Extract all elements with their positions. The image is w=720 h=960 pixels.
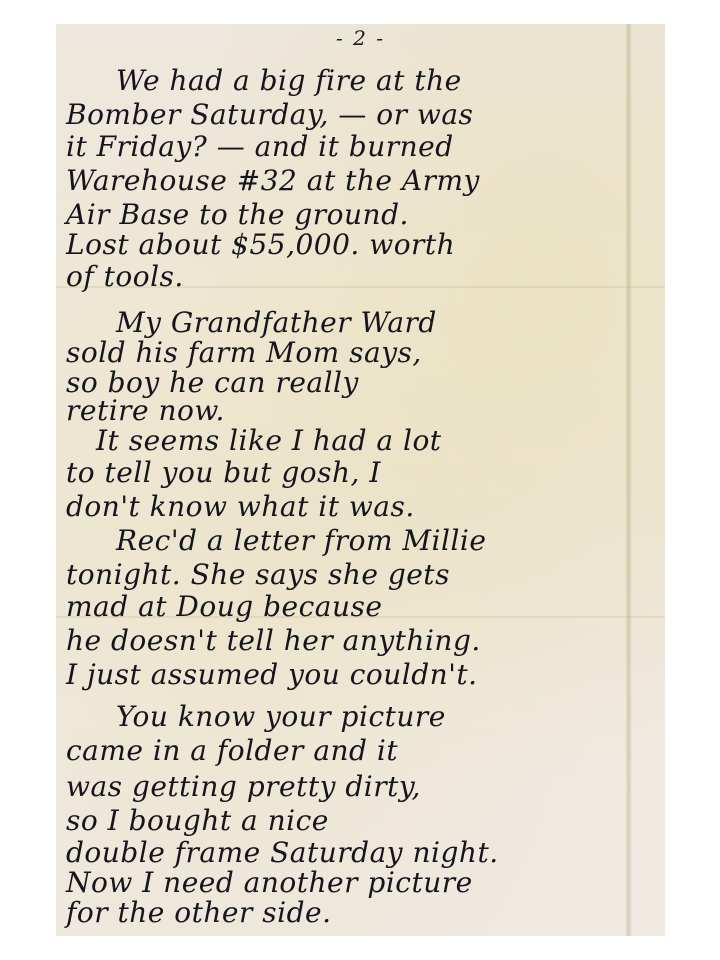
text-line: mad at Doug because — [66, 590, 382, 624]
text-line: was getting pretty dirty, — [66, 770, 421, 804]
text-line: it Friday? — and it burned — [66, 130, 454, 164]
text-line: My Grandfather Ward — [116, 306, 437, 340]
text-line: came in a folder and it — [66, 734, 398, 768]
text-line: don't know what it was. — [66, 490, 415, 524]
text-line: Warehouse #32 at the Army — [66, 164, 480, 198]
text-line: Air Base to the ground. — [66, 198, 409, 232]
text-line: of tools. — [66, 260, 184, 294]
text-line: sold his farm Mom says, — [66, 336, 422, 370]
text-line: so I bought a nice — [66, 804, 329, 838]
text-line: Bomber Saturday, — or was — [66, 98, 473, 132]
text-line: I just assumed you couldn't. — [66, 658, 478, 692]
text-line: to tell you but gosh, I — [66, 456, 381, 490]
text-line: for the other side. — [66, 896, 331, 930]
text-line: he doesn't tell her anything. — [66, 624, 481, 658]
text-line: double frame Saturday night. — [66, 836, 499, 870]
text-line: Rec'd a letter from Millie — [116, 524, 486, 558]
text-line: It seems like I had a lot — [96, 424, 442, 458]
text-line: Lost about $55,000. worth — [66, 228, 455, 262]
text-line: tonight. She says she gets — [66, 558, 450, 592]
text-line: We had a big fire at the — [116, 64, 462, 98]
letter-page: - 2 - We had a big fire at the Bomber Sa… — [56, 24, 665, 936]
text-line: Now I need another picture — [66, 866, 473, 900]
text-line: retire now. — [66, 394, 225, 428]
text-line: You know your picture — [116, 700, 446, 734]
page-number: - 2 - — [56, 26, 665, 50]
